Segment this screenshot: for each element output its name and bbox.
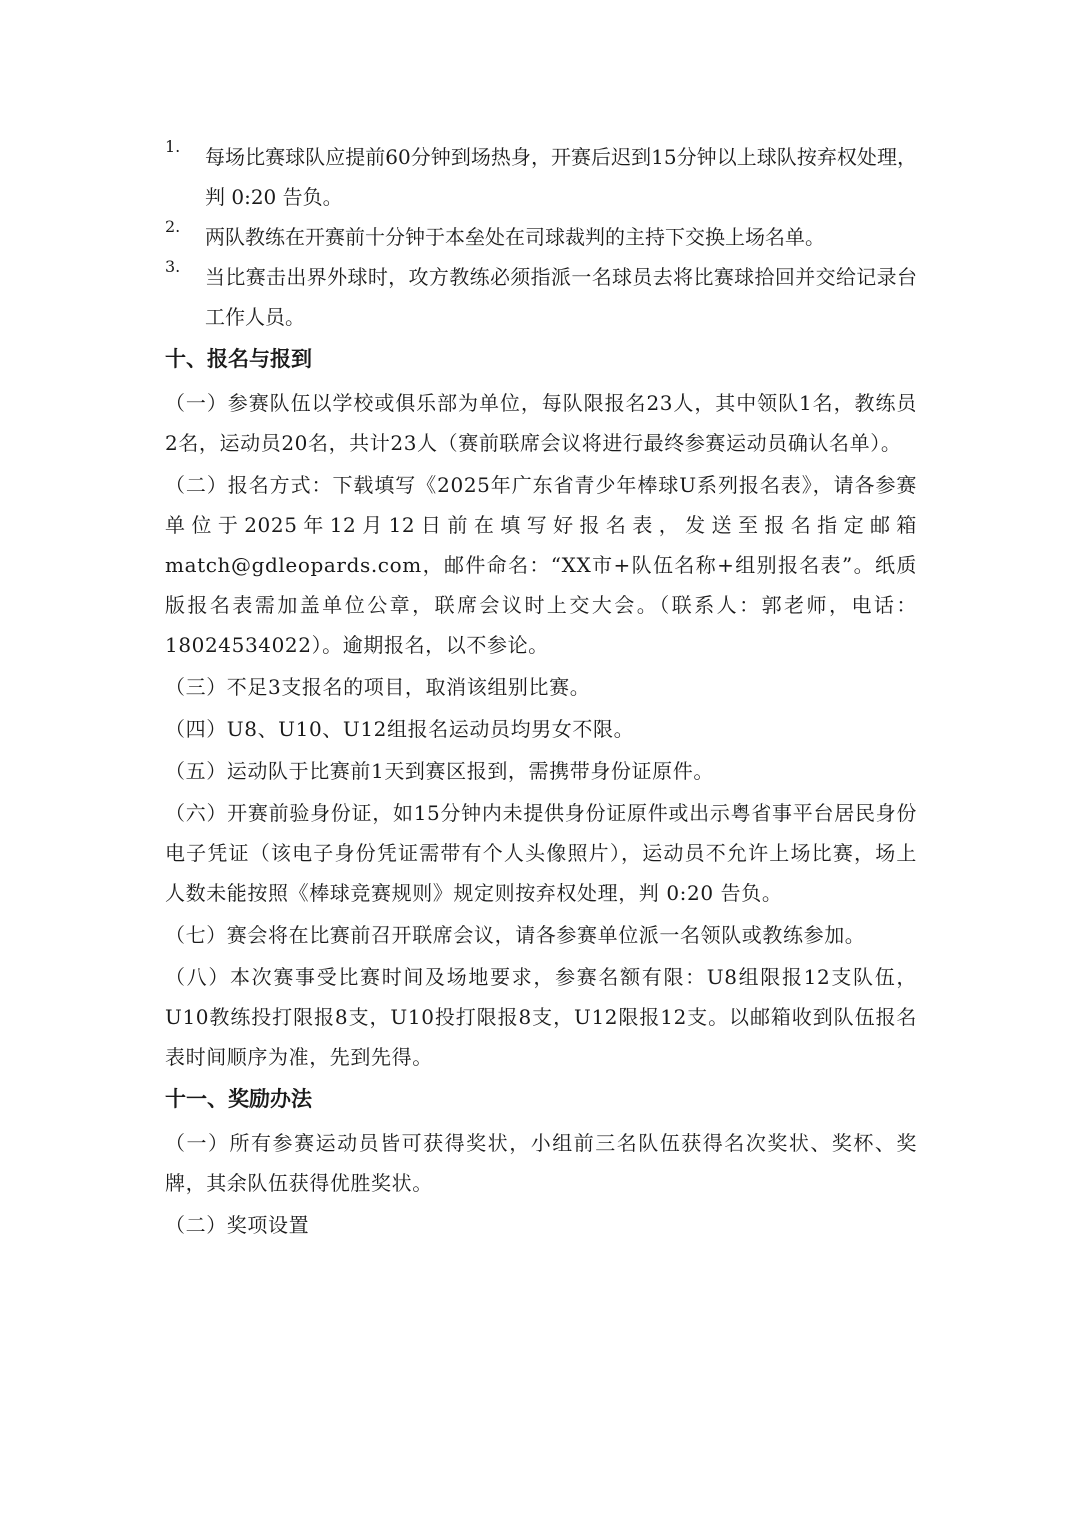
paragraph: （七）赛会将在比赛前召开联席会议，请各参赛单位派一名领队或教练参加。	[165, 915, 917, 955]
paragraph: （六）开赛前验身份证，如15分钟内未提供身份证原件或出示粤省事平台居民身份电子凭…	[165, 793, 917, 913]
paragraph: （一）参赛队伍以学校或俱乐部为单位，每队限报名23人，其中领队1名，教练员2名，…	[165, 383, 917, 463]
list-number: 3.	[165, 257, 180, 276]
paragraph: （二）奖项设置	[165, 1205, 917, 1245]
list-item-3: 3. 当比赛击出界外球时，攻方教练必须指派一名球员去将比赛球拾回并交给记录台工作…	[165, 257, 917, 337]
paragraph: （一）所有参赛运动员皆可获得奖状，小组前三名队伍获得名次奖状、奖杯、奖牌，其余队…	[165, 1123, 917, 1203]
paragraph: （二）报名方式：下载填写《2025年广东省青少年棒球U系列报名表》，请各参赛单位…	[165, 465, 917, 665]
paragraph: （八）本次赛事受比赛时间及场地要求，参赛名额有限：U8组限报12支队伍，U10教…	[165, 957, 917, 1077]
list-text: 当比赛击出界外球时，攻方教练必须指派一名球员去将比赛球拾回并交给记录台工作人员。	[205, 257, 917, 337]
document-page: 1. 每场比赛球队应提前60分钟到场热身，开赛后迟到15分钟以上球队按弃权处理，…	[165, 137, 917, 1247]
list-number: 2.	[165, 217, 180, 236]
paragraph: （四）U8、U10、U12组报名运动员均男女不限。	[165, 709, 917, 749]
list-text: 两队教练在开赛前十分钟于本垒处在司球裁判的主持下交换上场名单。	[205, 217, 917, 257]
list-item-1: 1. 每场比赛球队应提前60分钟到场热身，开赛后迟到15分钟以上球队按弃权处理，…	[165, 137, 917, 217]
paragraph: （五）运动队于比赛前1天到赛区报到，需携带身份证原件。	[165, 751, 917, 791]
paragraph: （三）不足3支报名的项目，取消该组别比赛。	[165, 667, 917, 707]
list-item-2: 2. 两队教练在开赛前十分钟于本垒处在司球裁判的主持下交换上场名单。	[165, 217, 917, 257]
list-number: 1.	[165, 137, 180, 156]
section-heading-registration: 十、报名与报到	[165, 339, 917, 379]
list-text: 每场比赛球队应提前60分钟到场热身，开赛后迟到15分钟以上球队按弃权处理，判 0…	[205, 137, 917, 217]
section-heading-awards: 十一、奖励办法	[165, 1079, 917, 1119]
